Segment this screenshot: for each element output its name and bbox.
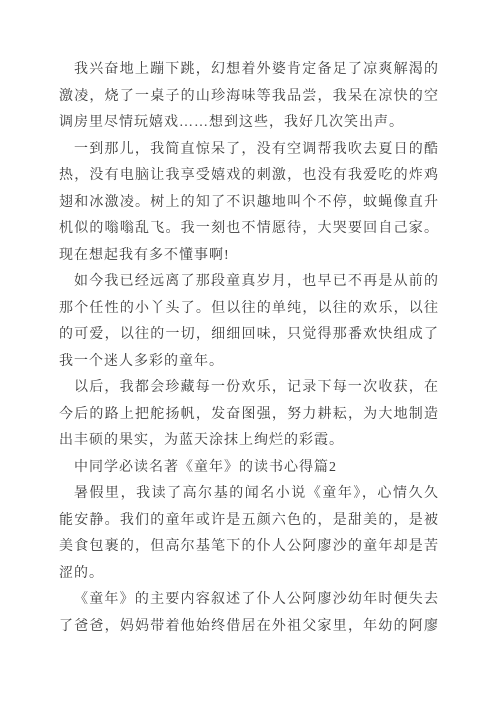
paragraph: 我兴奋地上蹦下跳，幻想着外婆肯定备足了凉爽解渴的冰激凌，烧了一桌子的山珍海味等我… [59,57,439,137]
text-line: 翅和冰激凌。树上的知了不识趣地叫个不停，蚊蝇像直升 [59,190,439,217]
paragraph: 中同学必读名著《童年》的读书心得篇2 [59,455,439,482]
text-line: 中同学必读名著《童年》的读书心得篇2 [59,455,439,482]
text-line: 美食包裹的，但高尔基笔下的仆人公阿廖沙的童年却是苦 [59,534,439,561]
text-line: 现在想起我有多不懂事啊! [59,243,439,270]
paragraph: 暑假里，我读了高尔基的闻名小说《童年》，心情久久不能安静。我们的童年或许是五颜六… [59,481,439,587]
text-line: 的可爱，以往的一切，细细回味，只觉得那番欢快组成了 [59,322,439,349]
document-text: 我兴奋地上蹦下跳，幻想着外婆肯定备足了凉爽解渴的冰激凌，烧了一桌子的山珍海味等我… [59,57,439,640]
text-line: 《童年》的主要内容叙述了仆人公阿廖沙幼年时便失去 [59,587,439,614]
text-line: 出丰硕的果实，为蓝天涂抹上绚烂的彩霞。 [59,428,439,455]
text-line: 以后，我都会珍藏每一份欢乐，记录下每一次收获，在 [59,375,439,402]
text-line: 热，没有电脑让我享受嬉戏的刺激，也没有我爱吃的炸鸡 [59,163,439,190]
paragraph: 《童年》的主要内容叙述了仆人公阿廖沙幼年时便失去了爸爸，妈妈带着他始终借居在外祖… [59,587,439,640]
text-line: 能安静。我们的童年或许是五颜六色的，是甜美的，是被 [59,508,439,535]
text-line: 我兴奋地上蹦下跳，幻想着外婆肯定备足了凉爽解渴的冰 [59,57,439,84]
text-line: 涩的。 [59,561,439,588]
document-page: 我兴奋地上蹦下跳，幻想着外婆肯定备足了凉爽解渴的冰激凌，烧了一桌子的山珍海味等我… [0,0,500,707]
text-line: 如今我已经远离了那段童真岁月，也早已不再是从前的 [59,269,439,296]
text-line: 机似的嗡嗡乱飞。我一刻也不情愿待，大哭要回自己家。 [59,216,439,243]
text-line: 激凌，烧了一桌子的山珍海味等我品尝，我呆在凉快的空 [59,84,439,111]
paragraph: 一到那儿，我简直惊呆了，没有空调帮我吹去夏日的酷热，没有电脑让我享受嬉戏的刺激，… [59,137,439,270]
text-line: 一到那儿，我简直惊呆了，没有空调帮我吹去夏日的酷 [59,137,439,164]
text-line: 今后的路上把舵扬帆，发奋图强，努力耕耘，为大地制造 [59,402,439,429]
text-line: 我一个迷人多彩的童年。 [59,349,439,376]
paragraph: 以后，我都会珍藏每一份欢乐，记录下每一次收获，在今后的路上把舵扬帆，发奋图强，努… [59,375,439,455]
text-line: 了爸爸，妈妈带着他始终借居在外祖父家里，年幼的阿廖 [59,614,439,641]
text-line: 那个任性的小丫头了。但以往的单纯，以往的欢乐，以往 [59,296,439,323]
text-line: 调房里尽情玩嬉戏……想到这些，我好几次笑出声。 [59,110,439,137]
paragraph: 如今我已经远离了那段童真岁月，也早已不再是从前的那个任性的小丫头了。但以往的单纯… [59,269,439,375]
text-line: 暑假里，我读了高尔基的闻名小说《童年》，心情久久不 [59,481,439,508]
